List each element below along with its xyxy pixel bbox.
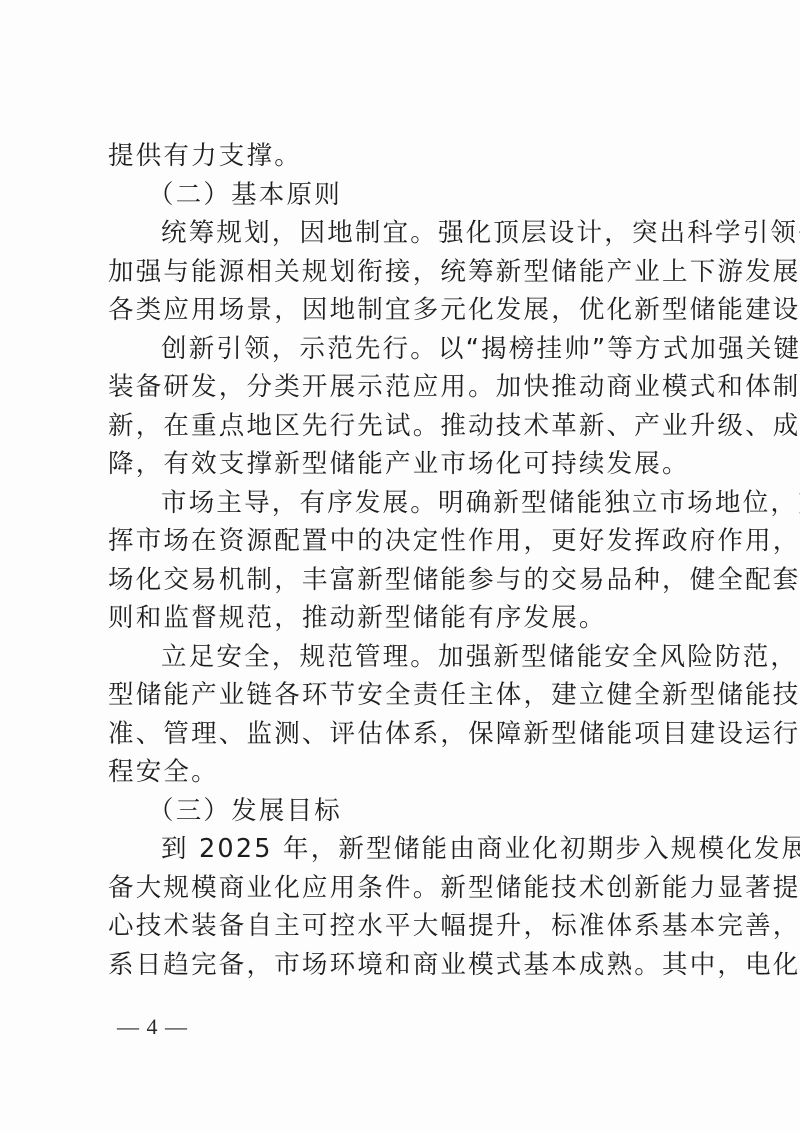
paragraph-line: 统筹规划，因地制宜。强化顶层设计，突出科学引领作用，: [108, 214, 694, 253]
paragraph-line: 系日趋完备，市场环境和商业模式基本成熟。其中，电化学储能: [108, 946, 694, 985]
paragraph-line: 心技术装备自主可控水平大幅提升，标准体系基本完善，产业体: [108, 907, 694, 946]
paragraph-line: 型储能产业链各环节安全责任主体，建立健全新型储能技术标: [108, 676, 694, 715]
paragraph-line: 各类应用场景，因地制宜多元化发展，优化新型储能建设布局。: [108, 291, 694, 330]
page-number: — 4 —: [117, 1014, 188, 1040]
paragraph-line: 备大规模商业化应用条件。新型储能技术创新能力显著提高，核: [108, 869, 694, 908]
paragraph-line: 装备研发，分类开展示范应用。加快推动商业模式和体制机制创: [108, 368, 694, 407]
paragraph-line: 市场主导，有序发展。明确新型储能独立市场地位，充分发: [108, 484, 694, 523]
paragraph-line: 挥市场在资源配置中的决定性作用，更好发挥政府作用，完善市: [108, 522, 694, 561]
section-heading-development-goals: （三）发展目标: [108, 792, 694, 831]
paragraph-line: 加强与能源相关规划衔接，统筹新型储能产业上下游发展。针对: [108, 253, 694, 292]
paragraph-line: 准、管理、监测、评估体系，保障新型储能项目建设运行的全过: [108, 715, 694, 754]
paragraph-line: 新，在重点地区先行先试。推动技术革新、产业升级、成本下: [108, 407, 694, 446]
document-page: 提供有力支撑。 （二）基本原则 统筹规划，因地制宜。强化顶层设计，突出科学引领作…: [0, 0, 800, 1131]
paragraph-line: 提供有力支撑。: [108, 137, 694, 176]
paragraph-line: 创新引领，示范先行。以“揭榜挂帅”等方式加强关键技术: [108, 330, 694, 369]
paragraph-line: 则和监督规范，推动新型储能有序发展。: [108, 599, 694, 638]
paragraph-line: 到 2025 年，新型储能由商业化初期步入规模化发展阶段，具: [108, 830, 694, 869]
document-body: 提供有力支撑。 （二）基本原则 统筹规划，因地制宜。强化顶层设计，突出科学引领作…: [108, 137, 694, 984]
paragraph-line: 立足安全，规范管理。加强新型储能安全风险防范，明确新: [108, 638, 694, 677]
paragraph-line: 降，有效支撑新型储能产业市场化可持续发展。: [108, 445, 694, 484]
section-heading-basic-principles: （二）基本原则: [108, 176, 694, 215]
paragraph-line: 场化交易机制，丰富新型储能参与的交易品种，健全配套市场规: [108, 561, 694, 600]
paragraph-line: 程安全。: [108, 753, 694, 792]
